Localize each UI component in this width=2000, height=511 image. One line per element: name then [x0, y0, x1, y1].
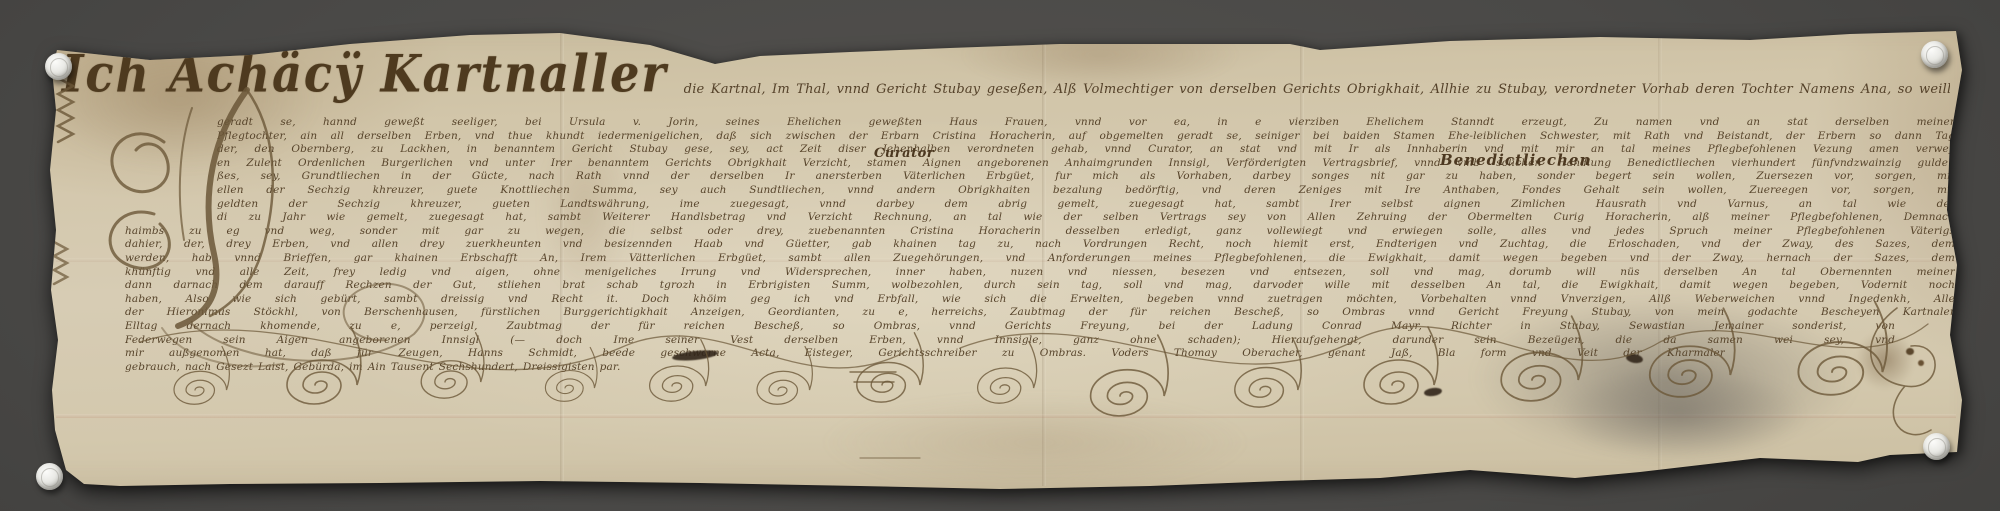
heading-continuation-text: die Kartnal, Im Thal, vnnd Gericht Stuba… — [684, 82, 1950, 104]
emphasized-word-curator: Curator — [874, 146, 934, 161]
manuscript-line: ellen der Sechzig khreuzer, guete Knottl… — [217, 184, 1955, 198]
manuscript-line: en Zulent Ordenlichen Burgerlichen vnd u… — [217, 157, 1955, 171]
manuscript-line: Pflegtochter, ain all derselben Erben, v… — [217, 130, 1955, 144]
ink-speck — [1302, 38, 1309, 44]
manuscript-line: geradt se, hannd geweßt seeliger, bei Ur… — [217, 116, 1955, 130]
pen-flourish-spirals — [60, 290, 1960, 480]
manuscript-line: ßes, sey, Grundtliechen in der Gücte, na… — [217, 170, 1955, 184]
manuscript-line: der, den Obernberg, zu Lackhen, in benan… — [217, 143, 1955, 157]
parchment-sheet: Ich Achäcÿ Kartnaller die Kartnal, Im Th… — [0, 0, 2000, 511]
parchment-shadow-wrap: Ich Achäcÿ Kartnaller die Kartnal, Im Th… — [0, 0, 2000, 511]
pushpin-top-right — [1921, 41, 1948, 68]
pushpin-bottom-right — [1923, 433, 1950, 460]
pushpin-top-left — [45, 53, 72, 80]
pushpin-bottom-left — [36, 463, 63, 490]
pen-flourish-s-curve — [1835, 300, 1965, 450]
manuscript-line: geldten der Sechzig khreuzer, gueten Lan… — [217, 198, 1955, 212]
manuscript-line: di zu Jahr wie gemelt, zuegesagt hat, sa… — [217, 211, 1955, 225]
photo-of-parchment-deed: Ich Achäcÿ Kartnaller die Kartnal, Im Th… — [0, 0, 2000, 511]
emphasized-word-benedict: Benedictliechen — [1440, 151, 1591, 169]
